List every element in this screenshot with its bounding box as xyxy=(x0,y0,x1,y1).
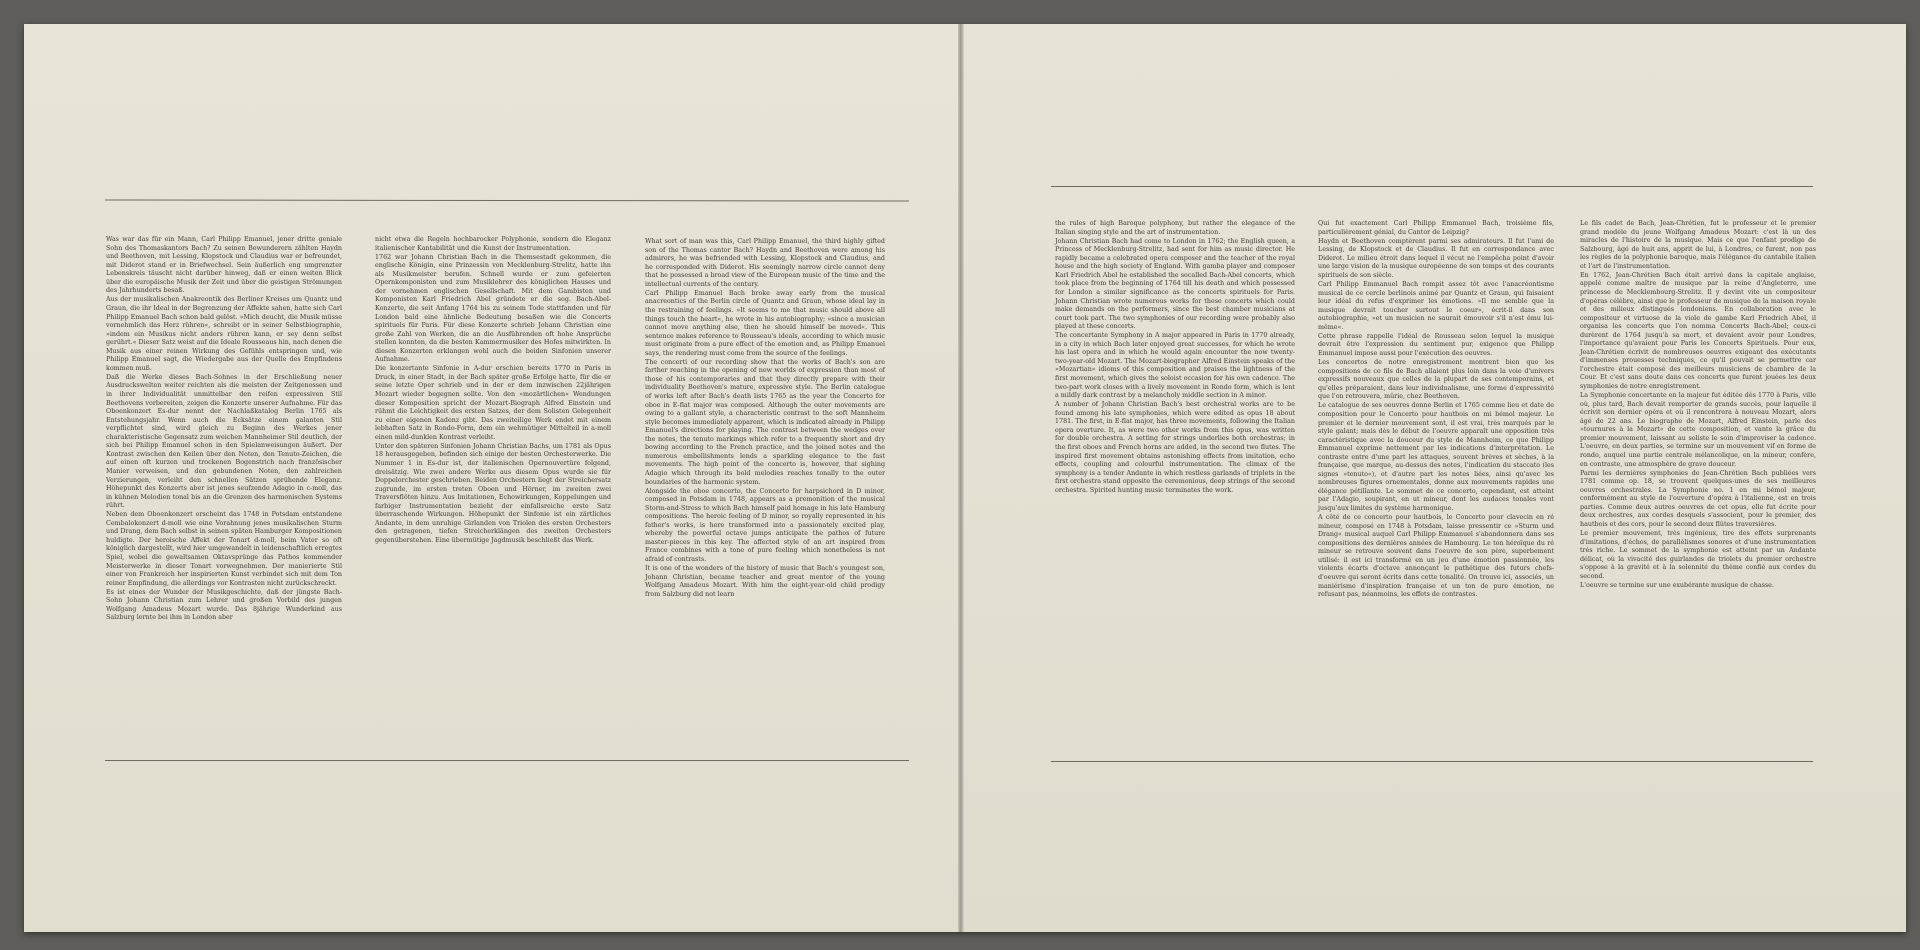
paragraph: A number of Johann Christian Bach's best… xyxy=(1055,401,1295,495)
text-column-german-1: Was war das für ein Mann, Carl Philipp E… xyxy=(106,236,342,624)
bottom-rule-left xyxy=(105,760,909,761)
paragraph: Johann Christian Bach had come to London… xyxy=(1055,238,1295,332)
paragraph: 1762 war Johann Christian Bach in die Th… xyxy=(375,254,611,365)
paragraph: Le fils cadet de Bach, Jean-Chrétien, fu… xyxy=(1580,220,1816,271)
paragraph: Parmi les dernières symphonies de Jean-C… xyxy=(1580,470,1816,530)
paragraph: En 1762, Jean-Chrétien Bach était arrivé… xyxy=(1580,272,1816,392)
text-column-french-1: Qui fut exactement Carl Philipp Emmanuel… xyxy=(1318,220,1554,600)
paragraph: L'oeuvre se termine sur une exubérante m… xyxy=(1580,582,1816,591)
paragraph: What sort of man was this, Carl Philipp … xyxy=(645,238,885,289)
text-column-french-2: Le fils cadet de Bach, Jean-Chrétien, fu… xyxy=(1580,220,1816,591)
paragraph: Alongside the oboe concerto, the Concert… xyxy=(645,488,885,565)
paragraph: It is one of the wonders of the history … xyxy=(645,565,885,599)
paragraph: Neben dem Oboenkonzert erscheint das 174… xyxy=(106,511,342,588)
paragraph: Carl Philipp Emanuel Bach broke away ear… xyxy=(645,290,885,358)
bottom-rule-right xyxy=(1051,761,1813,762)
paragraph: Qui fut exactement Carl Philipp Emmanuel… xyxy=(1318,220,1554,237)
paragraph: The concertante Symphony in A major appe… xyxy=(1055,332,1295,400)
paragraph: Cette phrase rappelle l'idéal de Roussea… xyxy=(1318,333,1554,359)
paragraph: Les concertos de notre enregistrement mo… xyxy=(1318,359,1554,402)
paragraph: Es ist eines der Wunder der Musikgeschic… xyxy=(106,589,342,623)
paragraph: Die konzertante Sinfonie in A-dur erschi… xyxy=(375,365,611,442)
paragraph: Was war das für ein Mann, Carl Philipp E… xyxy=(106,236,342,296)
paragraph: Le premier mouvement, très ingénieux, ti… xyxy=(1580,530,1816,581)
text-column-english-1: What sort of man was this, Carl Philipp … xyxy=(645,238,885,600)
paragraph: Aus der musikalischen Anakreontik des Be… xyxy=(106,296,342,373)
lp-gatefold-sleeve: Was war das für ein Mann, Carl Philipp E… xyxy=(24,24,1906,932)
paragraph: A côté de ce concerto pour hautbois, le … xyxy=(1318,514,1554,599)
paragraph: Carl Philipp Emmanuel Bach rompit assez … xyxy=(1318,281,1554,332)
paragraph: The concerti of our recording show that … xyxy=(645,359,885,487)
paragraph: La Symphonie concertante en la majeur fu… xyxy=(1580,392,1816,469)
paragraph: Le catalogue de ses oeuvres donne Berlin… xyxy=(1318,402,1554,513)
top-rule-right xyxy=(1051,186,1813,187)
text-column-english-2: the rules of high Baroque polyphony, but… xyxy=(1055,220,1295,496)
paragraph: the rules of high Baroque polyphony, but… xyxy=(1055,220,1295,237)
paragraph: Haydn et Beethoven comptèrent parmi ses … xyxy=(1318,238,1554,281)
text-column-german-2: nicht etwa die Regeln hochbarocker Polyp… xyxy=(375,236,611,546)
paragraph: nicht etwa die Regeln hochbarocker Polyp… xyxy=(375,236,611,253)
paragraph: Unter den späteren Sinfonien Johann Chri… xyxy=(375,443,611,546)
paragraph: Daß die Werke dieses Bach-Sohnes in der … xyxy=(106,374,342,511)
